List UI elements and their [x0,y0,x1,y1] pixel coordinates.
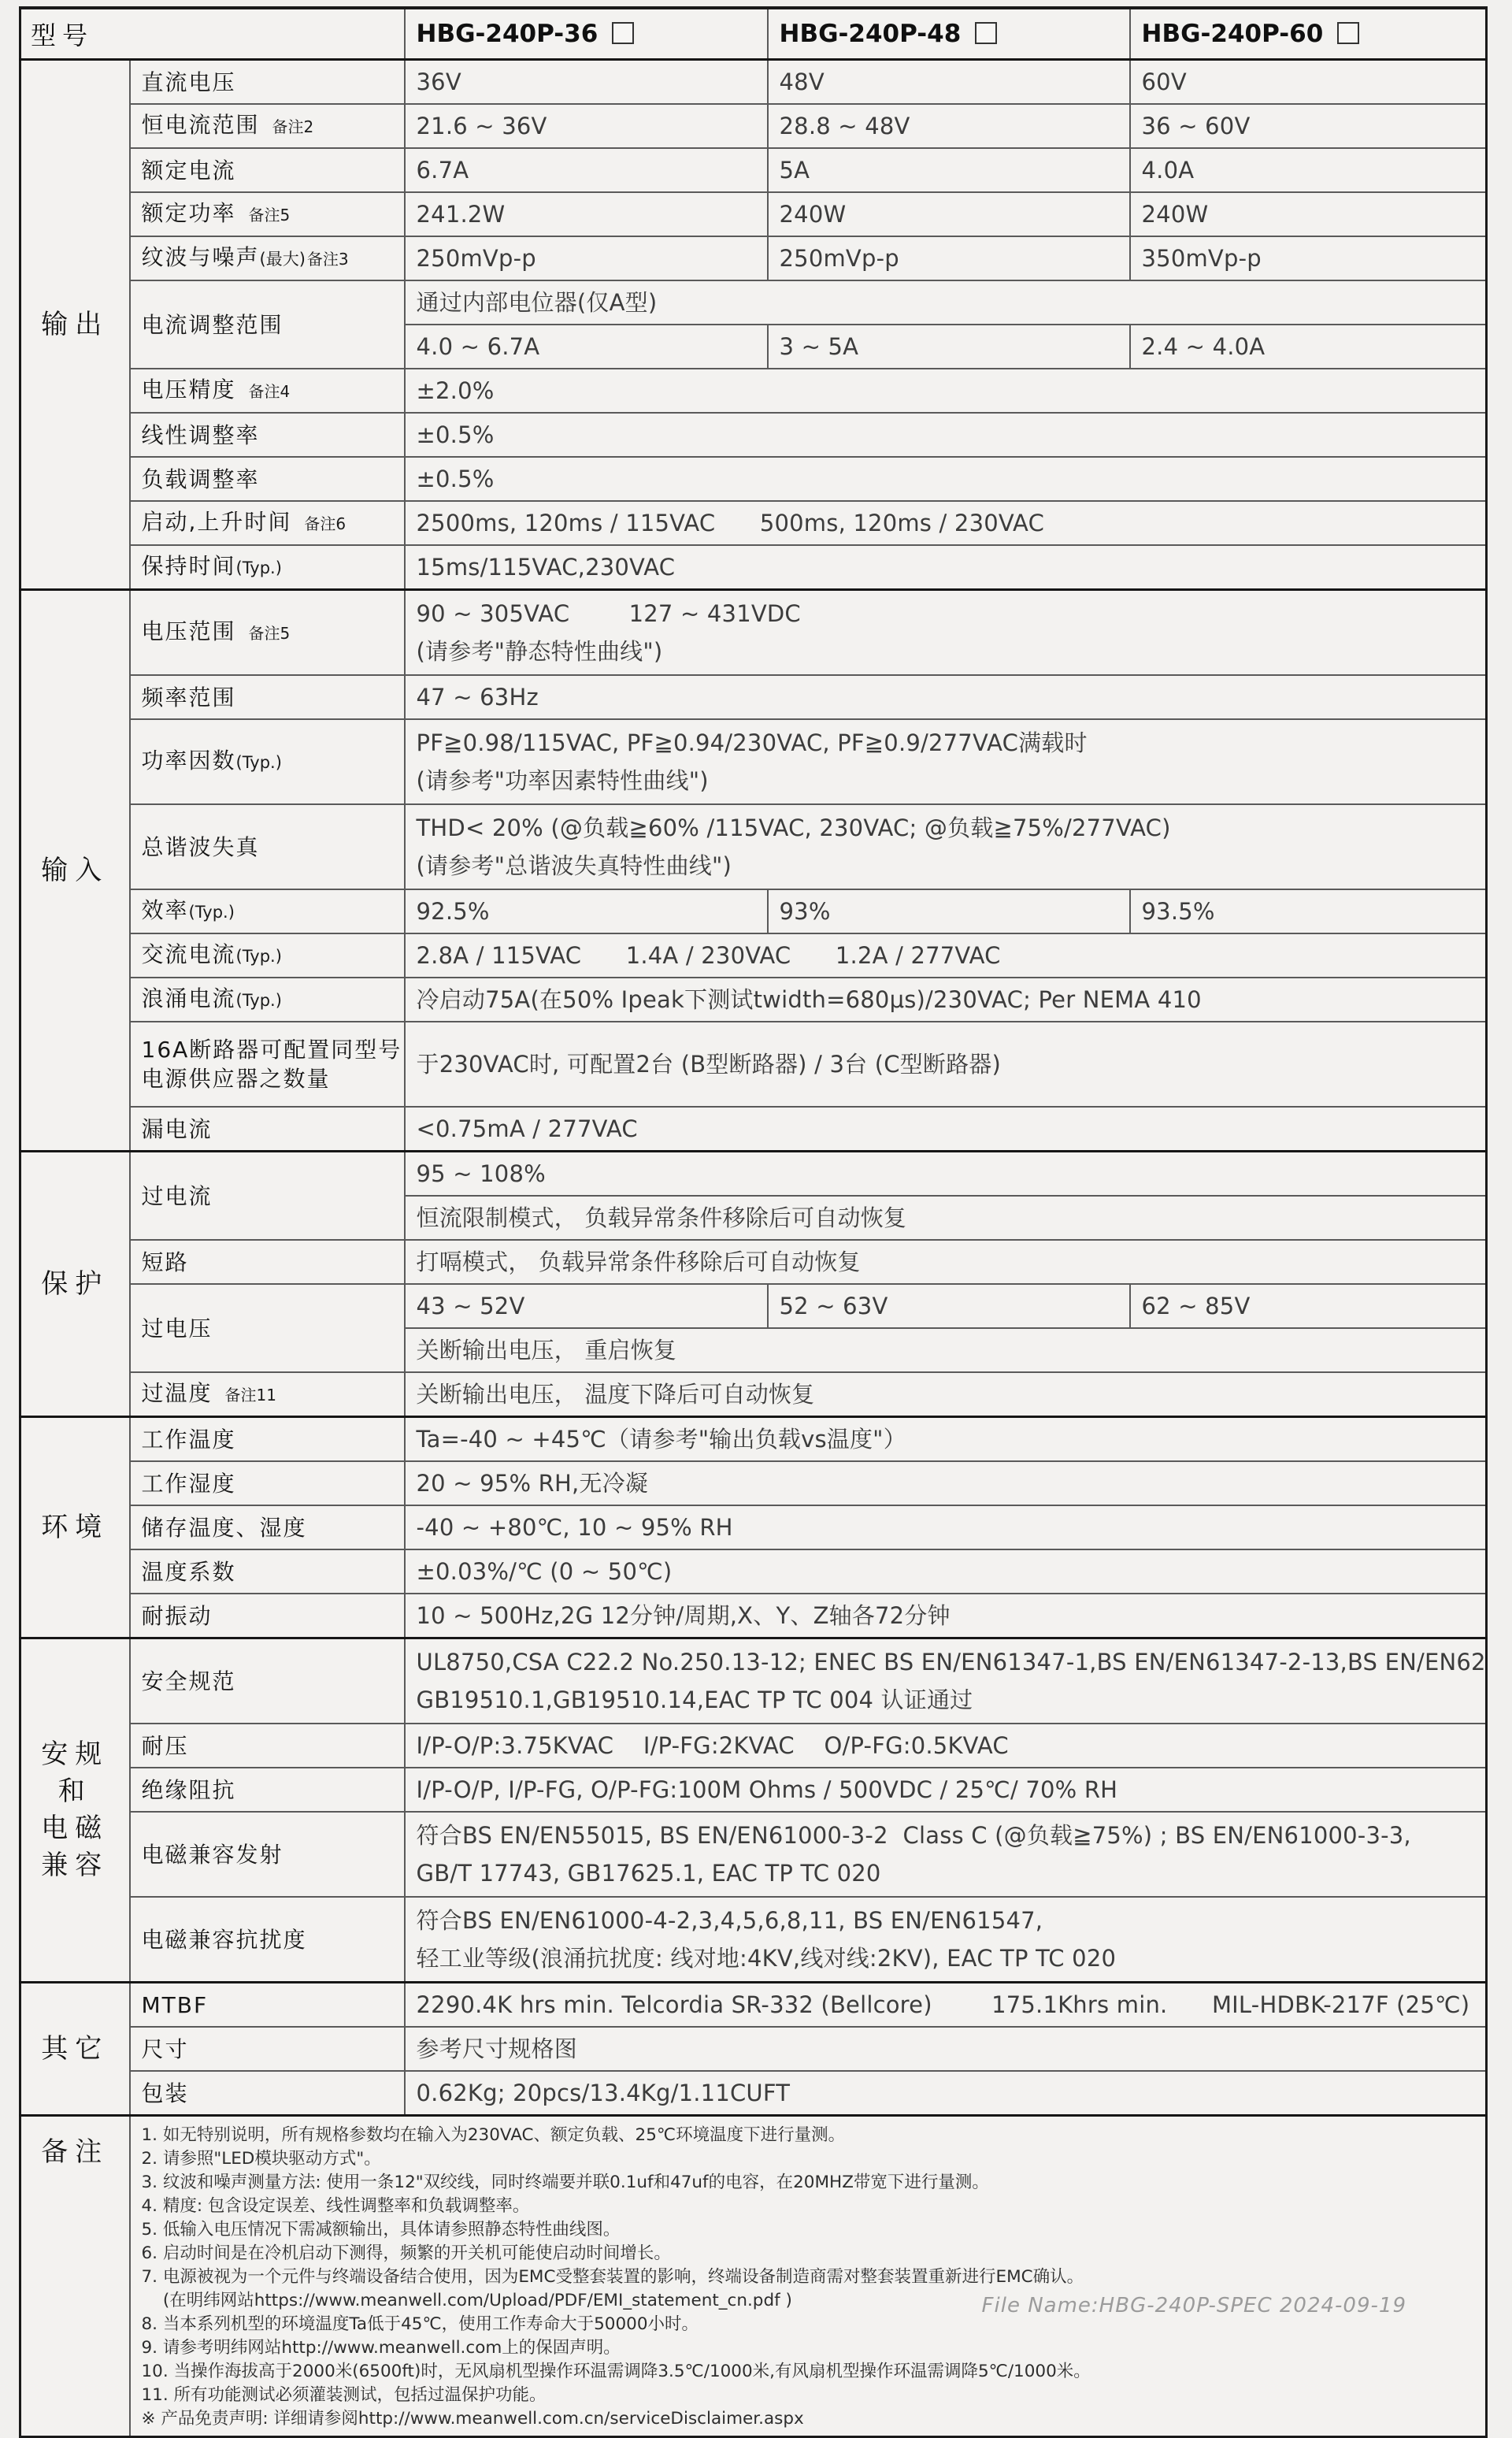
value-cell: 0.62Kg; 20pcs/13.4Kg/1.11CUFT [405,2071,1487,2116]
model-column-2: HBG-240P-48 [768,8,1130,60]
row-label: 耐振动 [130,1594,405,1638]
row-label: 耐压 [130,1724,405,1768]
value-cell: 3 ~ 5A [768,325,1130,369]
value-cell: 2.4 ~ 4.0A [1130,325,1487,369]
value-cell: 93.5% [1130,889,1487,933]
table-row: 交流电流(Typ.)2.8A / 115VAC 1.4A / 230VAC 1.… [20,933,1487,978]
value-cell: UL8750,CSA C22.2 No.250.13-12; ENEC BS E… [405,1638,1487,1724]
table-row: 输入电压范围备注590 ~ 305VAC 127 ~ 431VDC (请参考"静… [20,590,1487,676]
row-label-text: 过电流 [142,1183,213,1209]
row-label: 绝缘阻抗 [130,1768,405,1812]
notes-cell: 1. 如无特别说明，所有规格参数均在输入为230VAC、额定负载、25℃环境温度… [130,2116,1487,2437]
table-row: 输出直流电压36V48V60V [20,60,1487,105]
row-label-text: 16A断路器可配置同型号电源供应器之数量 [142,1037,402,1092]
table-row: 温度系数±0.03%/℃ (0 ~ 50℃) [20,1549,1487,1594]
section-label: 保护 [20,1152,130,1417]
row-label-text: 浪涌电流 [142,985,236,1011]
spec-table: 型号 HBG-240P-36 HBG-240P-48 HBG-240P-60 输… [19,6,1488,2438]
note-line: 3. 纹波和噪声测量方法: 使用一条12"双绞线，同时终端要并联0.1uf和47… [142,2171,1486,2195]
model-checkbox[interactable] [975,22,997,44]
row-label-text: 短路 [142,1249,189,1275]
model-column-3: HBG-240P-60 [1130,8,1487,60]
row-label-text: 线性调整率 [142,422,260,448]
value-cell: 冷启动75A(在50% Ipeak下测试twidth=680μs)/230VAC… [405,978,1487,1022]
row-label-note-ref: 备注5 [249,624,291,643]
row-label-text: 绝缘阻抗 [142,1777,236,1803]
row-label-text: 负载调整率 [142,466,260,492]
value-cell: 于230VAC时, 可配置2台 (B型断路器) / 3台 (C型断路器) [405,1022,1487,1107]
value-cell: 240W [1130,192,1487,236]
spec-sheet: 型号 HBG-240P-36 HBG-240P-48 HBG-240P-60 输… [0,0,1512,2322]
value-cell: 4.0 ~ 6.7A [405,325,768,369]
row-label: 包装 [130,2071,405,2116]
row-label: 短路 [130,1240,405,1284]
row-label-text: 纹波与噪声 [142,244,260,270]
row-label: 负载调整率 [130,457,405,501]
row-label: 过电流 [130,1152,405,1241]
section-label: 输入 [20,590,130,1152]
table-row: 其它MTBF2290.4K hrs min. Telcordia SR-332 … [20,1983,1487,2028]
row-label: 交流电流(Typ.) [130,933,405,978]
value-cell: ±0.03%/℃ (0 ~ 50℃) [405,1549,1487,1594]
value-cell: 5A [768,148,1130,192]
value-cell: 2500ms, 120ms / 115VAC 500ms, 120ms / 23… [405,501,1487,545]
note-line: 5. 低输入电压情况下需减额输出，具体请参照静态特性曲线图。 [142,2218,1486,2242]
row-label: 恒电流范围备注2 [130,104,405,148]
value-cell: 2.8A / 115VAC 1.4A / 230VAC 1.2A / 277VA… [405,933,1487,978]
value-cell: 43 ~ 52V [405,1284,768,1328]
row-label: 过温度备注11 [130,1372,405,1417]
table-row: 电压精度备注4±2.0% [20,369,1487,413]
table-row: 16A断路器可配置同型号电源供应器之数量于230VAC时, 可配置2台 (B型断… [20,1022,1487,1107]
row-label: 频率范围 [130,675,405,719]
table-row: 电流调整范围通过内部电位器(仅A型) [20,280,1487,325]
value-cell: 250mVp-p [768,236,1130,280]
model-name: HBG-240P-36 [417,20,598,48]
table-row: 漏电流<0.75mA / 277VAC [20,1107,1487,1152]
note-line: ※ 产品免责声明: 详细请参阅http://www.meanwell.com.c… [142,2407,1486,2431]
model-header-label: 型号 [20,8,405,60]
row-label: 尺寸 [130,2027,405,2071]
value-cell: 10 ~ 500Hz,2G 12分钟/周期,X、Y、Z轴各72分钟 [405,1594,1487,1638]
table-row: 恒电流范围备注221.6 ~ 36V28.8 ~ 48V36 ~ 60V [20,104,1487,148]
value-cell: 2290.4K hrs min. Telcordia SR-332 (Bellc… [405,1983,1487,2028]
row-label: 储存温度、湿度 [130,1505,405,1549]
section-label: 备注 [20,2116,130,2437]
row-label: 工作温度 [130,1417,405,1462]
row-label-text: 过电压 [142,1315,213,1341]
model-header-row: 型号 HBG-240P-36 HBG-240P-48 HBG-240P-60 [20,8,1487,60]
value-cell: Ta=-40 ~ +45℃（请参考"输出负载vs温度"） [405,1417,1487,1462]
row-label-text: 包装 [142,2080,189,2106]
table-row: 频率范围47 ~ 63Hz [20,675,1487,719]
table-row: 绝缘阻抗I/P-O/P, I/P-FG, O/P-FG:100M Ohms / … [20,1768,1487,1812]
row-label-paren: (Typ.) [189,903,235,922]
row-label: 启动,上升时间备注6 [130,501,405,545]
row-label-text: 电压范围 [142,618,236,644]
value-cell: 250mVp-p [405,236,768,280]
value-cell: 关断输出电压， 重启恢复 [405,1328,1487,1372]
value-cell: PF≧0.98/115VAC, PF≧0.94/230VAC, PF≧0.9/2… [405,719,1487,804]
row-label-text: 额定功率 [142,200,236,226]
row-label: 电磁兼容抗扰度 [130,1897,405,1983]
row-label-text: 频率范围 [142,685,236,711]
row-label-text: 工作温度 [142,1427,236,1453]
note-line: 2. 请参照"LED模块驱动方式"。 [142,2147,1486,2171]
row-label-text: 耐振动 [142,1603,213,1629]
table-row: 保护过电流95 ~ 108% [20,1152,1487,1197]
row-label-text: 效率 [142,897,189,923]
row-label-text: 交流电流 [142,941,236,967]
row-label-text: 电压精度 [142,377,236,403]
value-cell: 20 ~ 95% RH,无冷凝 [405,1461,1487,1505]
table-row: 环境工作温度Ta=-40 ~ +45℃（请参考"输出负载vs温度"） [20,1417,1487,1462]
value-cell: 打嗝模式， 负载异常条件移除后可自动恢复 [405,1240,1487,1284]
value-cell: 52 ~ 63V [768,1284,1130,1328]
value-cell: 90 ~ 305VAC 127 ~ 431VDC (请参考"静态特性曲线") [405,590,1487,676]
table-row: 线性调整率±0.5% [20,413,1487,457]
row-label-note-ref: 备注6 [304,514,346,533]
row-label: 纹波与噪声(最大)备注3 [130,236,405,280]
row-label-text: 额定电流 [142,158,236,184]
row-label: 直流电压 [130,60,405,105]
value-cell: 21.6 ~ 36V [405,104,768,148]
table-row: 额定电流6.7A5A4.0A [20,148,1487,192]
row-label: 温度系数 [130,1549,405,1594]
table-row: 尺寸参考尺寸规格图 [20,2027,1487,2071]
value-cell: 符合BS EN/EN61000-4-2,3,4,5,6,8,11, BS EN/… [405,1897,1487,1983]
value-cell: 240W [768,192,1130,236]
value-cell: 48V [768,60,1130,105]
value-cell: 36V [405,60,768,105]
value-cell: 参考尺寸规格图 [405,2027,1487,2071]
row-label-text: MTBF [142,1992,209,2018]
row-label: 安全规范 [130,1638,405,1724]
row-label-text: 耐压 [142,1733,189,1759]
row-label: 效率(Typ.) [130,889,405,933]
section-label: 环境 [20,1417,130,1638]
row-label-text: 漏电流 [142,1116,213,1142]
value-cell: <0.75mA / 277VAC [405,1107,1487,1152]
row-label: 线性调整率 [130,413,405,457]
row-label: 电流调整范围 [130,280,405,369]
model-name: HBG-240P-60 [1142,20,1324,48]
value-cell: 4.0A [1130,148,1487,192]
row-label: 16A断路器可配置同型号电源供应器之数量 [130,1022,405,1107]
table-row: 效率(Typ.)92.5%93%93.5% [20,889,1487,933]
table-row: 电磁兼容发射符合BS EN/EN55015, BS EN/EN61000-3-2… [20,1812,1487,1897]
note-line: 9. 请参考明纬网站http://www.meanwell.com上的保固声明。 [142,2336,1486,2360]
row-label-text: 尺寸 [142,2036,189,2062]
table-row: 包装0.62Kg; 20pcs/13.4Kg/1.11CUFT [20,2071,1487,2116]
row-label-text: 温度系数 [142,1559,236,1585]
row-label-paren: (最大) [260,250,306,269]
table-row: 保持时间(Typ.)15ms/115VAC,230VAC [20,545,1487,590]
row-label: 功率因数(Typ.) [130,719,405,804]
row-label-paren: (Typ.) [236,947,282,966]
value-cell: ±0.5% [405,457,1487,501]
row-label: 总谐波失真 [130,804,405,889]
table-row: 储存温度、湿度-40 ~ +80℃, 10 ~ 95% RH [20,1505,1487,1549]
value-cell: 36 ~ 60V [1130,104,1487,148]
row-label: 电压范围备注5 [130,590,405,676]
table-row: 启动,上升时间备注62500ms, 120ms / 115VAC 500ms, … [20,501,1487,545]
row-label: 额定功率备注5 [130,192,405,236]
table-row: 额定功率备注5241.2W240W240W [20,192,1487,236]
note-line: 10. 当操作海拔高于2000米(6500ft)时，无风扇机型操作环温需调降3.… [142,2360,1486,2384]
row-label: 保持时间(Typ.) [130,545,405,590]
row-label-text: 工作湿度 [142,1471,236,1497]
note-line: 11. 所有功能测试必须灌装测试，包括过温保护功能。 [142,2384,1486,2407]
value-cell: 241.2W [405,192,768,236]
value-cell: 28.8 ~ 48V [768,104,1130,148]
row-label: 工作湿度 [130,1461,405,1505]
value-cell: 15ms/115VAC,230VAC [405,545,1487,590]
row-label: 电压精度备注4 [130,369,405,413]
row-label-note-ref: 备注5 [249,206,291,225]
value-cell: 95 ~ 108% [405,1152,1487,1197]
row-label: 浪涌电流(Typ.) [130,978,405,1022]
model-checkbox[interactable] [612,22,634,44]
row-label-text: 保持时间 [142,553,236,579]
row-label: MTBF [130,1983,405,2028]
row-label-text: 储存温度、湿度 [142,1515,307,1541]
row-label-paren: (Typ.) [236,991,282,1010]
row-label-text: 启动,上升时间 [142,509,292,535]
row-label-text: 电流调整范围 [142,312,283,338]
row-label-text: 功率因数 [142,748,236,774]
value-cell: 符合BS EN/EN55015, BS EN/EN61000-3-2 Class… [405,1812,1487,1897]
value-cell: 恒流限制模式， 负载异常条件移除后可自动恢复 [405,1196,1487,1240]
table-row: 负载调整率±0.5% [20,457,1487,501]
row-label-note-ref: 备注11 [225,1386,276,1405]
row-label: 过电压 [130,1284,405,1372]
note-line: 4. 精度: 包含设定误差、线性调整率和负载调整率。 [142,2195,1486,2218]
file-name-footer: File Name:HBG-240P-SPEC 2024-09-19 [0,2294,1406,2317]
value-cell: 62 ~ 85V [1130,1284,1487,1328]
section-label: 输出 [20,60,130,590]
value-cell: I/P-O/P, I/P-FG, O/P-FG:100M Ohms / 500V… [405,1768,1487,1812]
note-line: 1. 如无特别说明，所有规格参数均在输入为230VAC、额定负载、25℃环境温度… [142,2124,1486,2147]
value-cell: 47 ~ 63Hz [405,675,1487,719]
value-cell: ±2.0% [405,369,1487,413]
row-label-text: 总谐波失真 [142,834,260,860]
value-cell: THD< 20% (@负载≧60% /115VAC, 230VAC; @负载≧7… [405,804,1487,889]
row-label-note-ref: 备注4 [249,382,291,401]
table-row: 功率因数(Typ.)PF≧0.98/115VAC, PF≧0.94/230VAC… [20,719,1487,804]
value-cell: ±0.5% [405,413,1487,457]
value-cell: 92.5% [405,889,768,933]
row-label-text: 直流电压 [142,69,236,95]
value-cell: -40 ~ +80℃, 10 ~ 95% RH [405,1505,1487,1549]
table-row: 备注1. 如无特别说明，所有规格参数均在输入为230VAC、额定负载、25℃环境… [20,2116,1487,2437]
table-row: 安规 和 电磁 兼容安全规范UL8750,CSA C22.2 No.250.13… [20,1638,1487,1724]
row-label: 电磁兼容发射 [130,1812,405,1897]
value-cell: 350mVp-p [1130,236,1487,280]
table-row: 过电压43 ~ 52V52 ~ 63V62 ~ 85V [20,1284,1487,1328]
table-row: 纹波与噪声(最大)备注3250mVp-p250mVp-p350mVp-p [20,236,1487,280]
value-cell: 93% [768,889,1130,933]
value-cell: 通过内部电位器(仅A型) [405,280,1487,325]
table-row: 总谐波失真THD< 20% (@负载≧60% /115VAC, 230VAC; … [20,804,1487,889]
value-cell: I/P-O/P:3.75KVAC I/P-FG:2KVAC O/P-FG:0.5… [405,1724,1487,1768]
section-label: 安规 和 电磁 兼容 [20,1638,130,1983]
note-line: 7. 电源被视为一个元件与终端设备结合使用，因为EMC受整套装置的影响，终端设备… [142,2265,1486,2289]
value-cell: 6.7A [405,148,768,192]
table-row: 电磁兼容抗扰度符合BS EN/EN61000-4-2,3,4,5,6,8,11,… [20,1897,1487,1983]
table-row: 工作湿度20 ~ 95% RH,无冷凝 [20,1461,1487,1505]
row-label: 漏电流 [130,1107,405,1152]
row-label-text: 电磁兼容发射 [142,1842,283,1868]
table-row: 过温度备注11关断输出电压， 温度下降后可自动恢复 [20,1372,1487,1417]
table-row: 短路打嗝模式， 负载异常条件移除后可自动恢复 [20,1240,1487,1284]
table-row: 浪涌电流(Typ.)冷启动75A(在50% Ipeak下测试twidth=680… [20,978,1487,1022]
model-column-1: HBG-240P-36 [405,8,768,60]
note-line: 6. 启动时间是在冷机启动下测得，频繁的开关机可能使启动时间增长。 [142,2242,1486,2265]
row-label-paren: (Typ.) [236,558,282,577]
section-label: 其它 [20,1983,130,2116]
model-name: HBG-240P-48 [780,20,962,48]
row-label-text: 恒电流范围 [142,112,260,138]
row-label: 额定电流 [130,148,405,192]
row-label-text: 过温度 [142,1380,213,1406]
value-cell: 60V [1130,60,1487,105]
row-label-note-ref: 备注3 [307,250,349,269]
row-label-text: 电磁兼容抗扰度 [142,1927,307,1953]
row-label-text: 安全规范 [142,1668,236,1694]
value-cell: 关断输出电压， 温度下降后可自动恢复 [405,1372,1487,1417]
row-label-note-ref: 备注2 [272,117,314,136]
table-row: 耐压I/P-O/P:3.75KVAC I/P-FG:2KVAC O/P-FG:0… [20,1724,1487,1768]
model-checkbox[interactable] [1337,22,1359,44]
row-label-paren: (Typ.) [236,753,282,772]
table-row: 耐振动10 ~ 500Hz,2G 12分钟/周期,X、Y、Z轴各72分钟 [20,1594,1487,1638]
